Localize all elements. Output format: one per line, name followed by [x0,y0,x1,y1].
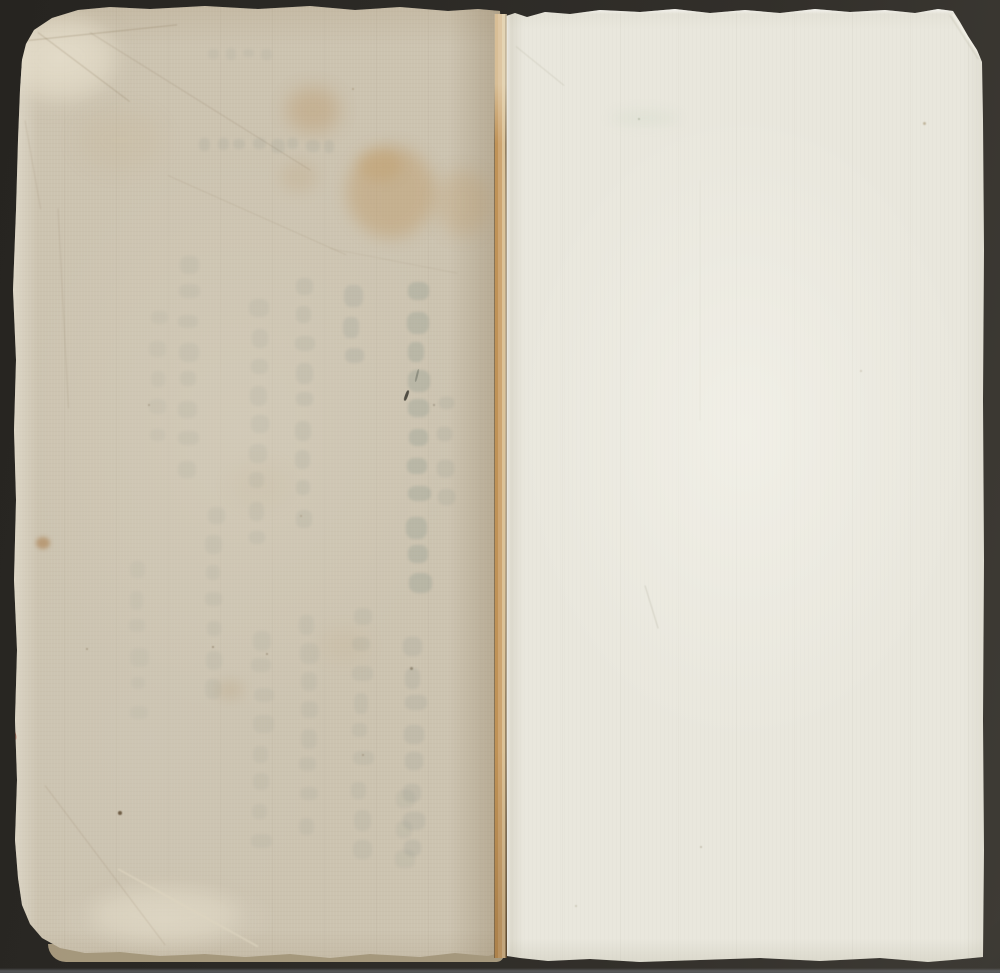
book-scan-image [0,0,1000,973]
paper-crease [516,46,565,86]
paper-stain [358,149,402,181]
paper-speck [352,88,354,90]
paper-stain [611,111,679,125]
paper-speck [700,846,702,848]
paper-speck [362,754,364,756]
paper-crease [645,585,659,628]
paper-speck [300,515,302,517]
ink-mark [403,390,410,401]
paper-stain [36,537,50,549]
paper-stain [93,889,237,941]
paper-speck [923,122,926,125]
paper-crease [700,181,701,421]
paper-crease [168,175,347,255]
paper-speck [86,648,88,650]
paper-speck [148,404,150,406]
paper-speck [266,653,268,655]
paper-crease [330,248,458,274]
paper-speck [638,118,640,120]
paper-speck [860,370,862,372]
paper-crease [58,208,69,408]
book-gutter-edge [494,14,507,958]
paper-speck [118,811,122,815]
right-page-detail-layer [504,8,986,964]
paper-crease [25,120,42,209]
scan-bed-edge-line [0,968,1000,973]
paper-speck [212,646,214,648]
paper-stain [436,170,490,236]
paper-speck [410,667,413,670]
paper-stain [280,161,318,193]
left-page-detail-layer [12,4,506,964]
paper-stain [78,110,162,170]
paper-stain [286,87,340,133]
paper-speck [575,905,577,907]
paper-speck [433,404,435,406]
